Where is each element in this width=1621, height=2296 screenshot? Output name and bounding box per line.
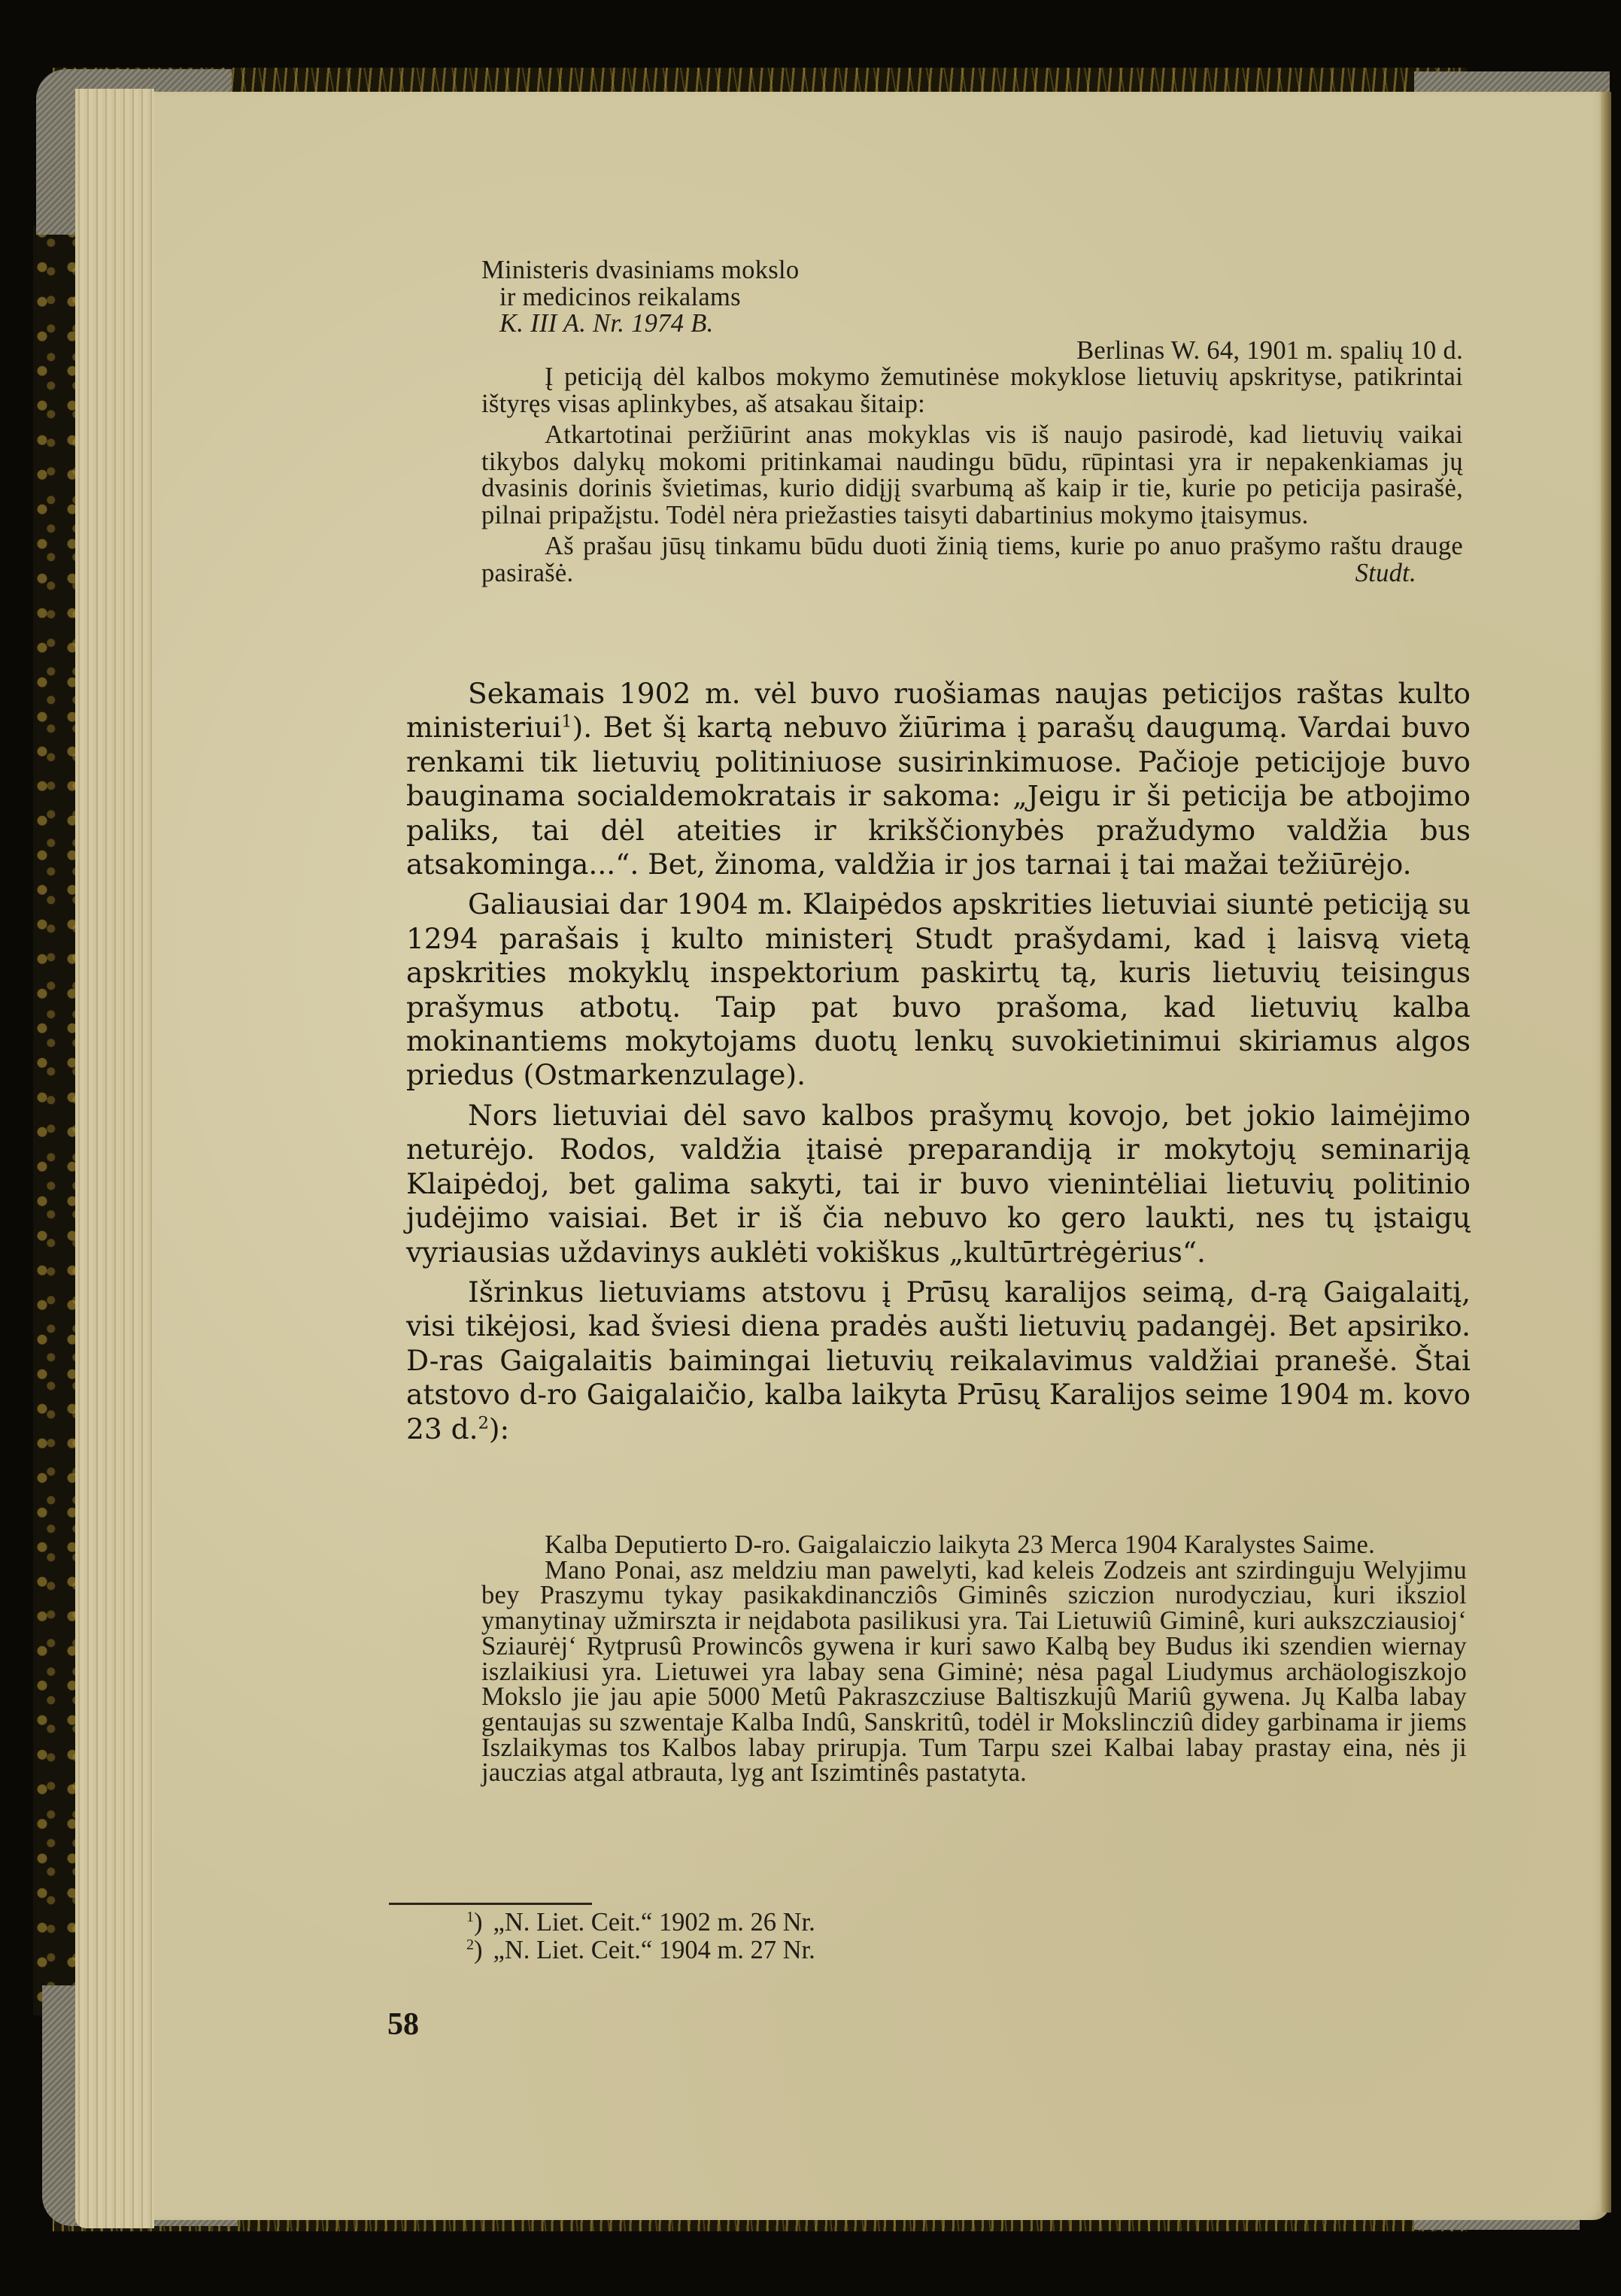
letter-header-line-1: Ministeris dvasiniams mokslo [481, 257, 1463, 284]
page-right-edge [1601, 92, 1611, 2213]
quoted-speech: Kalba Deputierto D-ro. Gaigalaiczio laik… [481, 1533, 1467, 1786]
book-scan: Ministeris dvasiniams mokslo ir medicino… [0, 0, 1621, 2296]
footnote-marker: 1) [466, 1909, 483, 1937]
ministry-letter: Ministeris dvasiniams mokslo ir medicino… [481, 257, 1463, 587]
footnote-text: „N. Liet. Ceit.“ 1904 m. 27 Nr. [493, 1937, 815, 1964]
footnote-marker: 2) [466, 1937, 483, 1964]
body-paragraph: Sekamais 1902 m. vėl buvo ruošiamas nauj… [406, 677, 1471, 881]
letter-signature: Studt. [1292, 560, 1463, 587]
speech-title: Kalba Deputierto D-ro. Gaigalaiczio laik… [481, 1533, 1467, 1558]
body-text: ): [489, 1412, 509, 1445]
main-text: Sekamais 1902 m. vėl buvo ruošiamas nauj… [406, 677, 1471, 1452]
footnotes: 1) „N. Liet. Ceit.“ 1902 m. 26 Nr. 2) „N… [466, 1909, 815, 1964]
letter-place-date: Berlinas W. 64, 1901 m. spalių 10 d. [481, 338, 1463, 365]
footnote-text: „N. Liet. Ceit.“ 1902 m. 26 Nr. [493, 1909, 815, 1937]
speech-paragraph: Mano Ponai, asz meldziu man pawelyti, ka… [481, 1558, 1467, 1786]
body-paragraph: Išrinkus lietuviams atstovu į Prūsų kara… [406, 1275, 1471, 1446]
letter-header-line-2: ir medicinos reikalams [481, 284, 1463, 311]
letter-paragraph: Aš prašau jūsų tinkamu būdu duoti žinią … [481, 533, 1463, 587]
body-text: Išrinkus lietuviams atstovu į Prūsų kara… [406, 1275, 1471, 1445]
book-cover-spine-edge [33, 226, 78, 2015]
body-paragraph: Galiausiai dar 1904 m. Klaipėdos apskrit… [406, 887, 1471, 1092]
footnote-2: 2) „N. Liet. Ceit.“ 1904 m. 27 Nr. [466, 1937, 815, 1964]
footnote-ref[interactable]: 2 [478, 1413, 489, 1433]
footnote-divider [389, 1903, 592, 1905]
letter-closing: Aš prašau jūsų tinkamu būdu duoti žinią … [481, 533, 1463, 587]
letter-paragraph: Atkartotinai peržiūrint anas mokyklas vi… [481, 422, 1463, 529]
page-number: 58 [387, 2006, 419, 2043]
stacked-page-edges [75, 89, 154, 2228]
body-text: ). Bet šį kartą nebuvo žiūrima į parašų … [406, 711, 1471, 881]
footnote-ref[interactable]: 1 [561, 712, 572, 732]
footnote-1: 1) „N. Liet. Ceit.“ 1902 m. 26 Nr. [466, 1909, 815, 1937]
letter-paragraph: Į peticiją dėl kalbos mokymo žemutinėse … [481, 364, 1463, 417]
letter-reference: K. III A. Nr. 1974 B. [481, 311, 1463, 338]
body-paragraph: Nors lietuviai dėl savo kalbos prašymų k… [406, 1099, 1471, 1269]
